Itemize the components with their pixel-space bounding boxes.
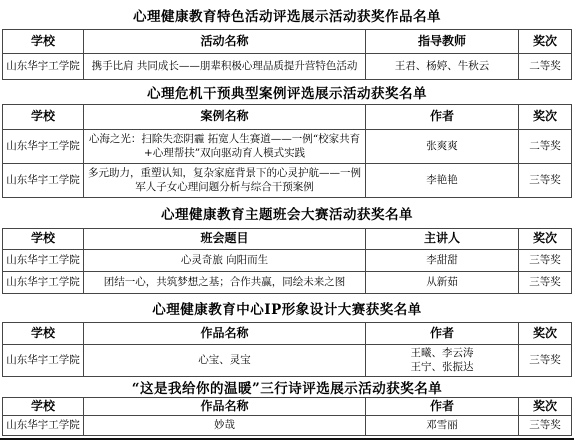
table-row: 山东华宇工学院 妙哉 邓雪丽 三等奖: [3, 416, 572, 436]
activity-name-column-header: 活动名称: [84, 30, 366, 54]
table-4-header-row: 学校 作品名称 作者 奖次: [3, 323, 572, 345]
advisor-column-header: 指导教师: [366, 30, 519, 54]
case-name-column-header: 案例名称: [84, 105, 366, 130]
award-level-cell: 二等奖: [519, 54, 572, 80]
award-level-cell: 三等奖: [519, 164, 572, 198]
award-list-document: 心理健康教育特色活动评选展示活动获奖作品名单 学校 活动名称 指导教师 奖次 山…: [0, 0, 574, 440]
school-cell: 山东华宇工学院: [3, 54, 84, 80]
work-name-cell: 妙哉: [84, 416, 366, 436]
author-cell: 张爽爽: [366, 130, 519, 164]
meeting-topic-cell: 团结一心，共筑梦想之基；合作共赢，同绘未来之图: [84, 272, 366, 294]
work-name-column-header: 作品名称: [84, 398, 366, 416]
school-cell: 山东华宇工学院: [3, 272, 84, 294]
table-row: 山东华宇工学院 心宝、灵宝 王曦、李云涛 王宁、张振达 三等奖: [3, 345, 572, 377]
author-column-header: 作者: [366, 398, 519, 416]
section-2-title: 心理危机干预典型案例评选展示活动获奖名单: [0, 80, 574, 104]
meeting-topic-column-header: 班会题目: [84, 229, 366, 250]
table-3-header-row: 学校 班会题目 主讲人 奖次: [3, 229, 572, 250]
table-1-header-row: 学校 活动名称 指导教师 奖次: [3, 30, 572, 54]
case-name-cell: 多元助力，重塑认知，复杂家庭背景下的心灵护航——一例军人子女心理问题分析与综合干…: [84, 164, 366, 198]
award-level-column-header: 奖次: [519, 398, 572, 416]
award-table-1: 学校 活动名称 指导教师 奖次 山东华宇工学院 携手比肩 共同成长——朋辈积极心…: [2, 29, 572, 80]
activity-name-cell: 携手比肩 共同成长——朋辈积极心理品质提升营特色活动: [84, 54, 366, 80]
table-row: 山东华宇工学院 多元助力，重塑认知，复杂家庭背景下的心灵护航——一例军人子女心理…: [3, 164, 572, 198]
author-column-header: 作者: [366, 105, 519, 130]
school-cell: 山东华宇工学院: [3, 164, 84, 198]
table-row: 山东华宇工学院 携手比肩 共同成长——朋辈积极心理品质提升营特色活动 王君、杨婷…: [3, 54, 572, 80]
award-table-3: 学校 班会题目 主讲人 奖次 山东华宇工学院 心灵奇旅 向阳而生 李甜甜 三等奖…: [2, 228, 572, 294]
advisor-cell: 王君、杨婷、牛秋云: [366, 54, 519, 80]
section-3-title: 心理健康教育主题班会大赛活动获奖名单: [0, 198, 574, 228]
award-level-cell: 三等奖: [519, 250, 572, 272]
author-cell: 李艳艳: [366, 164, 519, 198]
author-cell: 王曦、李云涛 王宁、张振达: [366, 345, 519, 377]
meeting-topic-cell: 心灵奇旅 向阳而生: [84, 250, 366, 272]
speaker-column-header: 主讲人: [366, 229, 519, 250]
award-level-column-header: 奖次: [519, 229, 572, 250]
award-level-cell: 三等奖: [519, 416, 572, 436]
school-cell: 山东华宇工学院: [3, 416, 84, 436]
school-column-header: 学校: [3, 30, 84, 54]
table-row: 山东华宇工学院 团结一心，共筑梦想之基；合作共赢，同绘未来之图 从新茹 三等奖: [3, 272, 572, 294]
section-1-title: 心理健康教育特色活动评选展示活动获奖作品名单: [0, 0, 574, 29]
section-4-title: 心理健康教育中心IP形象设计大赛获奖名单: [0, 294, 574, 322]
award-level-cell: 二等奖: [519, 130, 572, 164]
section-5-title: “这是我给你的温暖”三行诗评选展示活动获奖名单: [0, 377, 574, 397]
author-column-header: 作者: [366, 323, 519, 345]
speaker-cell: 从新茹: [366, 272, 519, 294]
award-level-cell: 三等奖: [519, 272, 572, 294]
table-row: 山东华宇工学院 心海之光：扫除失恋阴霾 拓宽人生赛道——一例“校家共育+心理帮扶…: [3, 130, 572, 164]
award-table-4: 学校 作品名称 作者 奖次 山东华宇工学院 心宝、灵宝 王曦、李云涛 王宁、张振…: [2, 322, 572, 377]
table-2-header-row: 学校 案例名称 作者 奖次: [3, 105, 572, 130]
school-column-header: 学校: [3, 323, 84, 345]
award-table-5: 学校 作品名称 作者 奖次 山东华宇工学院 妙哉 邓雪丽 三等奖: [2, 397, 572, 436]
award-table-2: 学校 案例名称 作者 奖次 山东华宇工学院 心海之光：扫除失恋阴霾 拓宽人生赛道…: [2, 104, 572, 198]
work-name-column-header: 作品名称: [84, 323, 366, 345]
school-column-header: 学校: [3, 398, 84, 416]
award-level-column-header: 奖次: [519, 323, 572, 345]
school-cell: 山东华宇工学院: [3, 130, 84, 164]
school-column-header: 学校: [3, 105, 84, 130]
award-level-column-header: 奖次: [519, 105, 572, 130]
work-name-cell: 心宝、灵宝: [84, 345, 366, 377]
speaker-cell: 李甜甜: [366, 250, 519, 272]
school-column-header: 学校: [3, 229, 84, 250]
case-name-cell: 心海之光：扫除失恋阴霾 拓宽人生赛道——一例“校家共育+心理帮扶”双向驱动育人模…: [84, 130, 366, 164]
author-cell: 邓雪丽: [366, 416, 519, 436]
award-level-column-header: 奖次: [519, 30, 572, 54]
table-5-header-row: 学校 作品名称 作者 奖次: [3, 398, 572, 416]
school-cell: 山东华宇工学院: [3, 250, 84, 272]
table-row: 山东华宇工学院 心灵奇旅 向阳而生 李甜甜 三等奖: [3, 250, 572, 272]
school-cell: 山东华宇工学院: [3, 345, 84, 377]
award-level-cell: 三等奖: [519, 345, 572, 377]
